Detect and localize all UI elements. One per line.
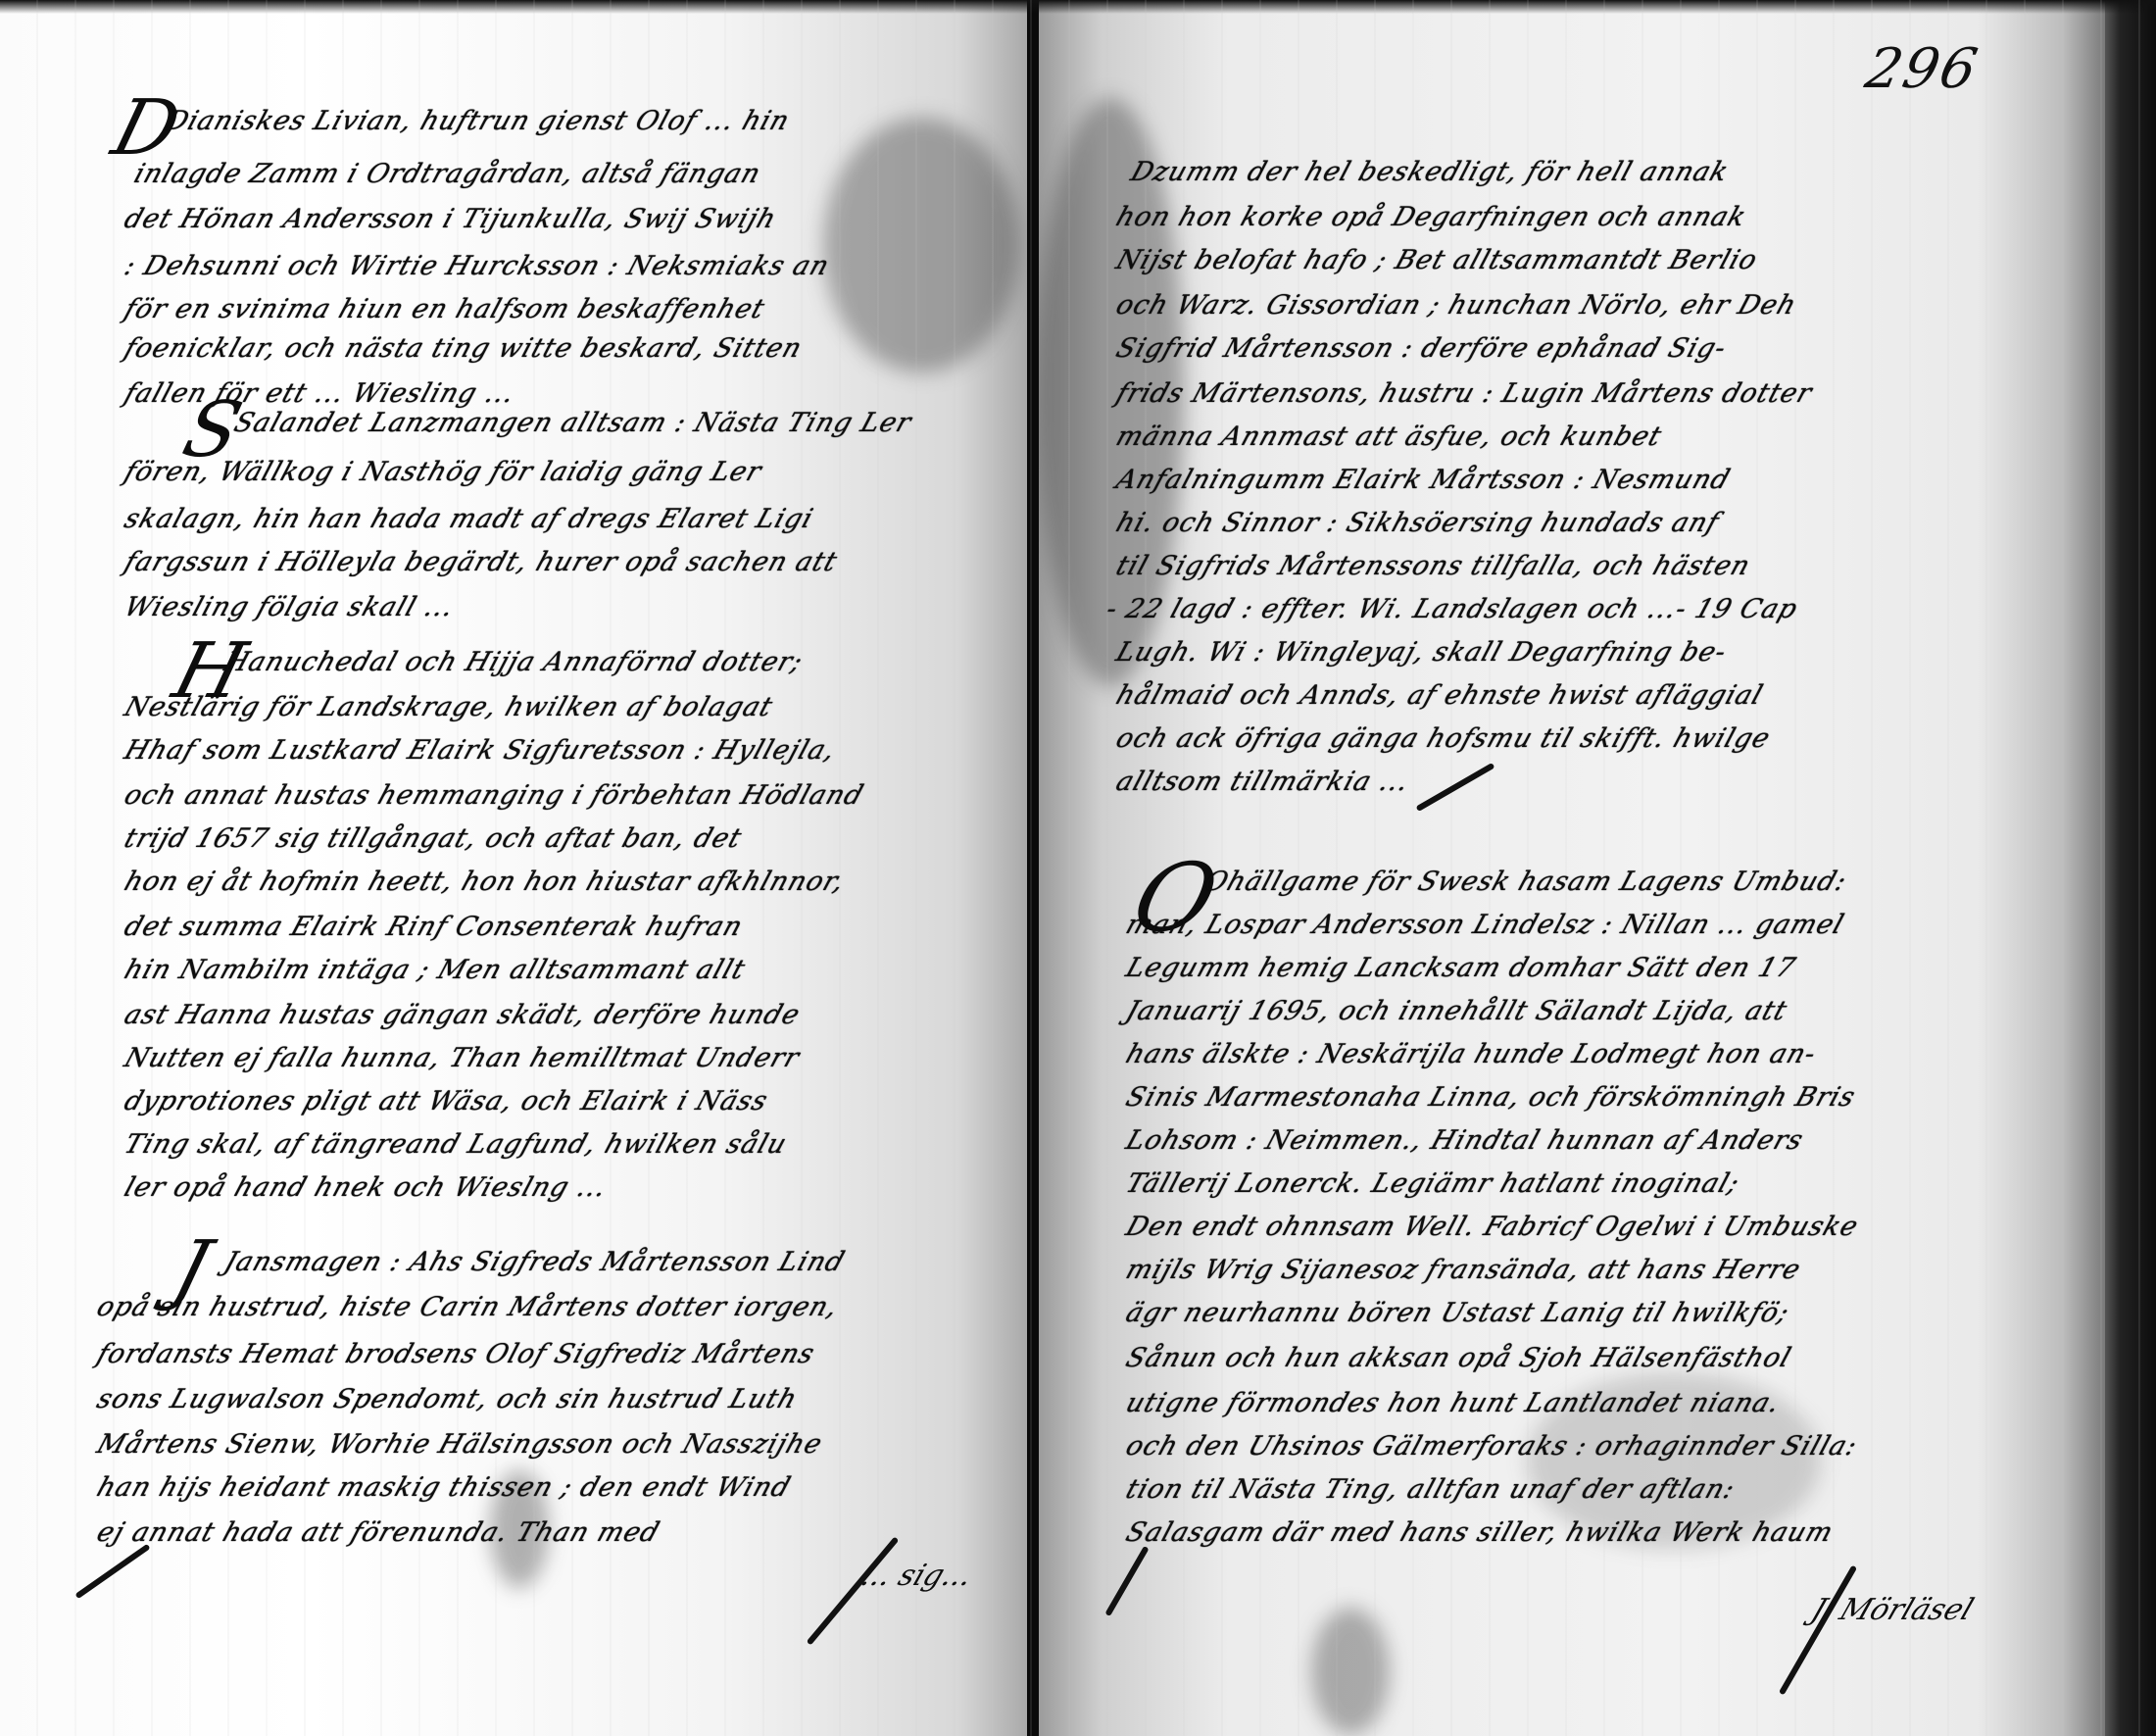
text-line: Tällerij Lonerck. Legiämr hatlant inogin… — [1122, 1168, 1743, 1199]
text-line: Ohällgame för Swesk hasam Lagens Umbud: — [1200, 867, 1851, 897]
text-line: Den endt ohnnsam Well. Fabricf Ogelwi i … — [1122, 1212, 1863, 1242]
text-line: - 22 lagd : effter. Wi. Landslagen och .… — [1102, 594, 1802, 624]
text-line: utigne förmondes hon hunt Lantlandet nia… — [1122, 1388, 1785, 1418]
text-line: Hanuchedal och Hijja Annaförnd dotter; — [220, 647, 808, 677]
top-shadow — [0, 0, 2156, 14]
text-line: Anfalningumm Elairk Mårtsson : Nesmund — [1112, 465, 1735, 495]
text-line: inlagde Zamm i Ordtragårdan, altså fänga… — [130, 159, 765, 189]
text-line: Jansmagen : Ahs Sigfreds Mårtensson Lind — [220, 1247, 849, 1277]
text-line: dyprotiones pligt att Wäsa, och Elairk i… — [121, 1086, 772, 1116]
text-line: sons Lugwalson Spendomt, och sin hustrud… — [93, 1384, 802, 1414]
text-line: Wiesling fölgia skall ... — [121, 592, 459, 622]
text-line: och ack öfriga gänga hofsmu til skifft. … — [1112, 723, 1775, 754]
text-line: Dianiskes Livian, huftrun gienst Olof ..… — [162, 106, 794, 136]
text-line: han hijs heidant maskig thissen ; den en… — [93, 1472, 795, 1503]
text-line: Hhaf som Lustkard Elairk Sigfuretsson : … — [121, 735, 840, 766]
text-line: : Dehsunni och Wirtie Hurcksson : Neksmi… — [121, 251, 834, 281]
text-line: Lohsom : Neimmen., Hindtal hunnan af And… — [1122, 1125, 1807, 1156]
text-line: ägr neurhannu bören Ustast Lanig til hwi… — [1122, 1298, 1793, 1328]
text-line: fallen för ett ... Wiesling ... — [121, 378, 519, 409]
text-line: til Sigfrids Mårtenssons tillfalla, och … — [1112, 551, 1754, 581]
ink-smudge — [823, 118, 1019, 372]
text-line: hin Nambilm intäga ; Men alltsammant all… — [121, 955, 750, 985]
text-line: hi. och Sinnor : Sikhsöersing hundads an… — [1112, 508, 1723, 538]
text-line: fören, Wällkog i Nasthög för laidig gäng… — [121, 457, 766, 487]
text-line: och Warz. Gissordian ; hunchan Nörlo, eh… — [1112, 290, 1800, 321]
text-line: Lugh. Wi : Wingleyaj, skall Degarfning b… — [1112, 637, 1731, 668]
text-line: Sånun och hun akksan opå Sjoh Hälsenfäst… — [1122, 1343, 1795, 1373]
text-line: Salasgam där med hans siller, hwilka Wer… — [1122, 1517, 1837, 1548]
text-line: Nutten ej falla hunna, Than hemilltmat U… — [121, 1043, 804, 1073]
ink-smudge — [1311, 1608, 1390, 1735]
text-line: Mårtens Sienw, Worhie Hälsingsson och Na… — [93, 1429, 826, 1460]
text-line: Januarij 1695, och innehållt Sälandt Lij… — [1122, 996, 1791, 1026]
text-line: Legumm hemig Lancksam domhar Sätt den 17 — [1122, 953, 1800, 983]
text-line: fordansts Hemat brodsens Olof Sigfrediz … — [93, 1339, 819, 1369]
text-line: alltsom tillmärkia ... — [1112, 767, 1413, 797]
text-line: Dzumm der hel beskedligt, för hell annak — [1127, 157, 1733, 187]
text-line: skalagn, hin han hada madt af dregs Elar… — [121, 504, 817, 534]
text-line: och annat hustas hemmanging i förbehtan … — [121, 780, 868, 811]
text-line: frids Märtensons, hustru : Lugin Mårtens… — [1112, 378, 1816, 409]
text-line: hon ej åt hofmin heett, hon hon hiustar … — [121, 867, 849, 897]
text-line: Ting skal, af tängreand Lagfund, hwilken… — [121, 1129, 791, 1160]
page-number: 296 — [1860, 37, 1984, 101]
text-line: hålmaid och Annds, af ehnste hwist afläg… — [1112, 680, 1767, 711]
text-line: tion til Nästa Ting, alltfan unaf der af… — [1122, 1474, 1739, 1505]
text-line: ej annat hada att förenunda. Than med — [93, 1517, 663, 1548]
text-line: opå sin hustrud, histe Carin Mårtens dot… — [93, 1292, 843, 1322]
text-line: fargssun i Hölleyla begärdt, hurer opå s… — [121, 547, 842, 577]
text-line: det summa Elairk Rinf Consenterak hufran — [121, 912, 747, 942]
book-gutter — [1027, 0, 1039, 1736]
text-line: trijd 1657 sig tillgångat, och aftat ban… — [121, 823, 746, 854]
book-edge — [2105, 0, 2156, 1736]
text-line: foenicklar, och nästa ting witte beskard… — [121, 333, 807, 364]
text-line: hon hon korke opå Degarfningen och annak — [1112, 202, 1750, 232]
text-line: Sigfrid Mårtensson : derföre ephånad Sig… — [1112, 333, 1731, 364]
text-line: Sinis Marmestonaha Linna, och förskömnin… — [1122, 1082, 1860, 1113]
text-line: för en svinima hiun en halfsom beskaffen… — [121, 294, 769, 324]
text-line: männa Annmast att äsfue, och kunbet — [1112, 422, 1666, 452]
text-line: ler opå hand hnek och Wieslng ... — [121, 1172, 612, 1203]
text-line: mijls Wrig Sijanesoz fransända, att hans… — [1122, 1255, 1805, 1285]
text-line: man, Lospar Andersson Lindelsz : Nillan … — [1122, 910, 1848, 940]
text-line: och den Uhsinos Gälmerforaks : orhaginnd… — [1122, 1431, 1862, 1462]
text-line: det Hönan Andersson i Tijunkulla, Swij S… — [121, 204, 781, 234]
text-line: Salandet Lanzmangen alltsam : Nästa Ting… — [230, 408, 915, 438]
text-line: Nestlärig för Landskrage, hwilken af bol… — [121, 692, 777, 722]
text-line: hans älskte : Neskärijla hunde Lodmegt h… — [1122, 1039, 1821, 1069]
manuscript-spread: 296 D Dianiskes Livian, huftrun gienst O… — [0, 0, 2156, 1736]
text-line: ast Hanna hustas gängan skädt, derföre h… — [121, 1000, 805, 1030]
text-line: Nijst belofat hafo ; Bet alltsammantdt B… — [1112, 245, 1762, 275]
